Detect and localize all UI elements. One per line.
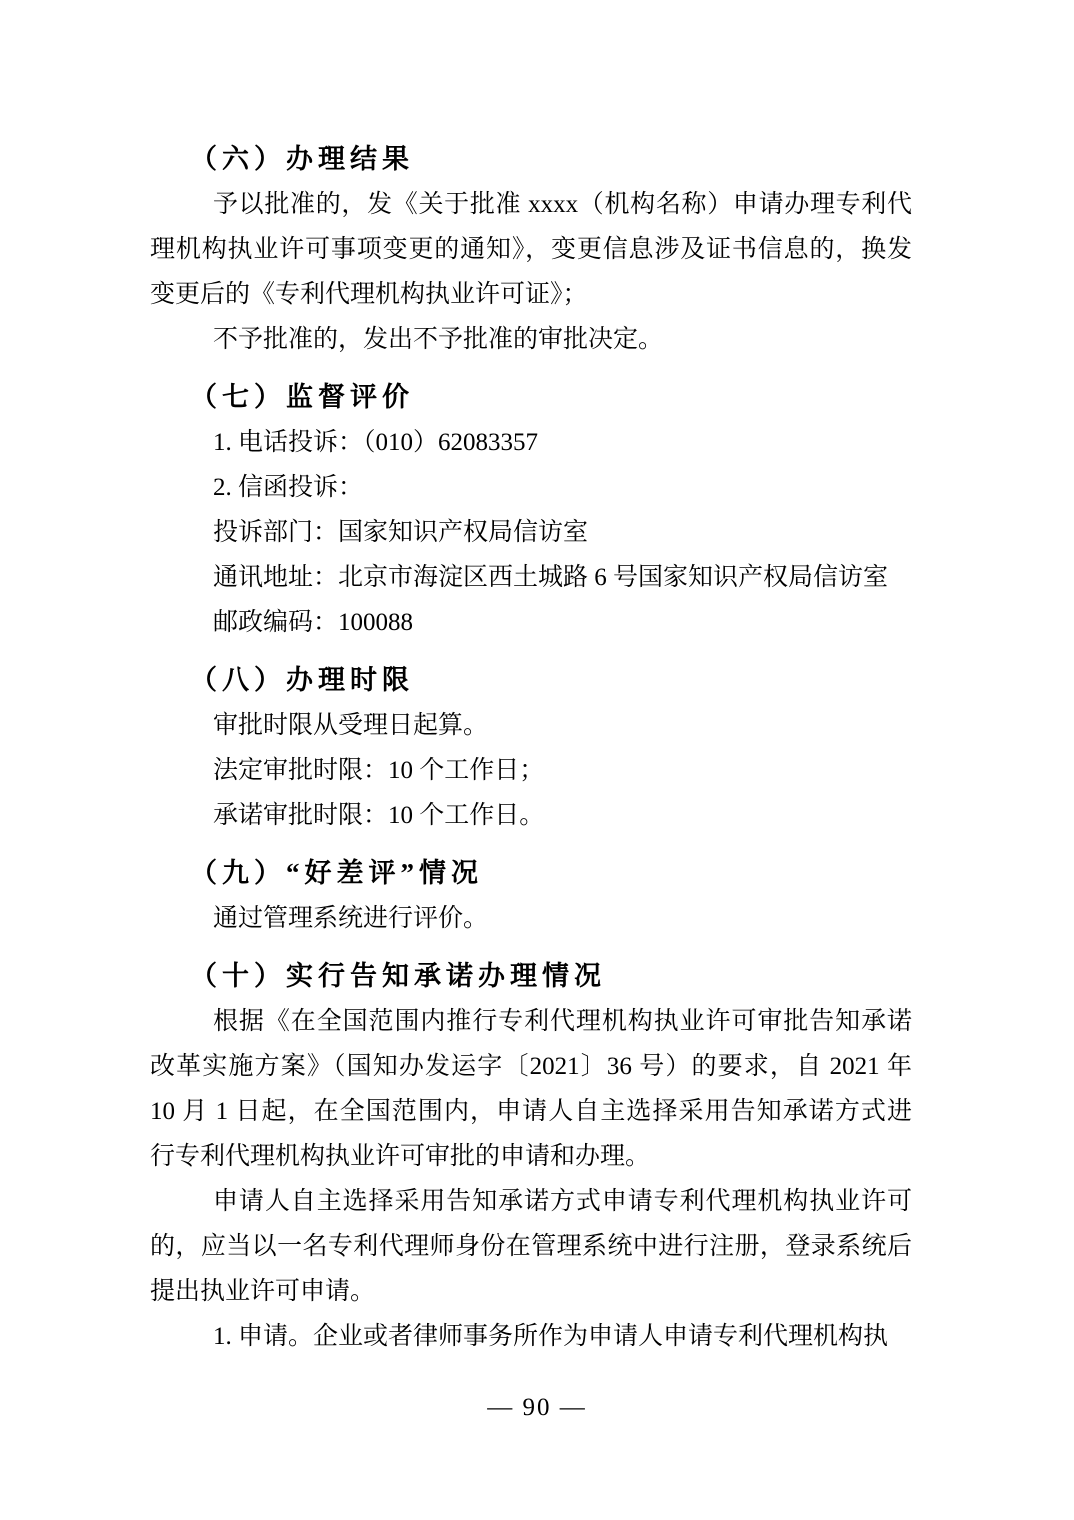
document-page: （六）办理结果予以批准的，发《关于批准 xxxx（机构名称）申请办理专利代理机构… [0, 0, 1074, 1520]
section: （六）办理结果予以批准的，发《关于批准 xxxx（机构名称）申请办理专利代理机构… [150, 137, 912, 362]
text-line: 通过管理系统进行评价。 [150, 896, 912, 941]
paragraph: 申请人自主选择采用告知承诺方式申请专利代理机构执业许可的，应当以一名专利代理师身… [150, 1179, 912, 1314]
section-heading: （七）监督评价 [150, 375, 912, 420]
paragraph: 1. 电话投诉：（010）62083357 [150, 420, 912, 465]
text-line: 不予批准的，发出不予批准的审批决定。 [150, 317, 912, 362]
paragraph: 邮政编码：100088 [150, 600, 912, 645]
section-heading: （九）“好差评”情况 [150, 851, 912, 896]
document-content: （六）办理结果予以批准的，发《关于批准 xxxx（机构名称）申请办理专利代理机构… [150, 124, 912, 1359]
paragraph: 审批时限从受理日起算。 [150, 703, 912, 748]
text-line: 变更后的《专利代理机构执业许可证》； [150, 272, 912, 317]
paragraph: 法定审批时限：10 个工作日； [150, 748, 912, 793]
paragraph: 通讯地址：北京市海淀区西土城路 6 号国家知识产权局信访室 [150, 555, 912, 600]
section-heading: （十）实行告知承诺办理情况 [150, 954, 912, 999]
section: （八）办理时限审批时限从受理日起算。法定审批时限：10 个工作日；承诺审批时限：… [150, 658, 912, 838]
text-line: 改革实施方案》（国知办发运字〔2021〕36 号）的要求，自 2021 年 [150, 1044, 912, 1089]
paragraph: 根据《在全国范围内推行专利代理机构执业许可审批告知承诺制改革实施方案》（国知办发… [150, 999, 912, 1179]
text-line: 申请人自主选择采用告知承诺方式申请专利代理机构执业许可 [150, 1179, 912, 1224]
text-line: 通讯地址：北京市海淀区西土城路 6 号国家知识产权局信访室 [150, 555, 912, 600]
section-heading: （六）办理结果 [150, 137, 912, 182]
paragraph: 2. 信函投诉： [150, 465, 912, 510]
text-line: 提出执业许可申请。 [150, 1269, 912, 1314]
paragraph: 不予批准的，发出不予批准的审批决定。 [150, 317, 912, 362]
text-line: 法定审批时限：10 个工作日； [150, 748, 912, 793]
page-number: — 90 — [487, 1394, 587, 1421]
text-line: 承诺审批时限：10 个工作日。 [150, 793, 912, 838]
page-footer: — 90 — [0, 1388, 1074, 1428]
section: （十）实行告知承诺办理情况根据《在全国范围内推行专利代理机构执业许可审批告知承诺… [150, 954, 912, 1359]
text-line: 2. 信函投诉： [150, 465, 912, 510]
section-heading: （八）办理时限 [150, 658, 912, 703]
text-line: 投诉部门：国家知识产权局信访室 [150, 510, 912, 555]
paragraph: 1. 申请。企业或者律师事务所作为申请人申请专利代理机构执 [150, 1314, 912, 1359]
text-line: 根据《在全国范围内推行专利代理机构执业许可审批告知承诺制 [150, 999, 912, 1044]
text-line: 1. 申请。企业或者律师事务所作为申请人申请专利代理机构执 [150, 1314, 912, 1359]
paragraph: 投诉部门：国家知识产权局信访室 [150, 510, 912, 555]
text-line: 审批时限从受理日起算。 [150, 703, 912, 748]
text-line: 予以批准的，发《关于批准 xxxx（机构名称）申请办理专利代 [150, 182, 912, 227]
section: （七）监督评价1. 电话投诉：（010）620833572. 信函投诉：投诉部门… [150, 375, 912, 645]
text-line: 1. 电话投诉：（010）62083357 [150, 420, 912, 465]
text-line: 10 月 1 日起，在全国范围内，申请人自主选择采用告知承诺方式进 [150, 1089, 912, 1134]
section: （九）“好差评”情况通过管理系统进行评价。 [150, 851, 912, 941]
text-line: 理机构执业许可事项变更的通知》，变更信息涉及证书信息的，换发 [150, 227, 912, 272]
text-line: 行专利代理机构执业许可审批的申请和办理。 [150, 1134, 912, 1179]
paragraph: 承诺审批时限：10 个工作日。 [150, 793, 912, 838]
paragraph: 予以批准的，发《关于批准 xxxx（机构名称）申请办理专利代理机构执业许可事项变… [150, 182, 912, 317]
text-line: 邮政编码：100088 [150, 600, 912, 645]
text-line: 的，应当以一名专利代理师身份在管理系统中进行注册，登录系统后 [150, 1224, 912, 1269]
paragraph: 通过管理系统进行评价。 [150, 896, 912, 941]
